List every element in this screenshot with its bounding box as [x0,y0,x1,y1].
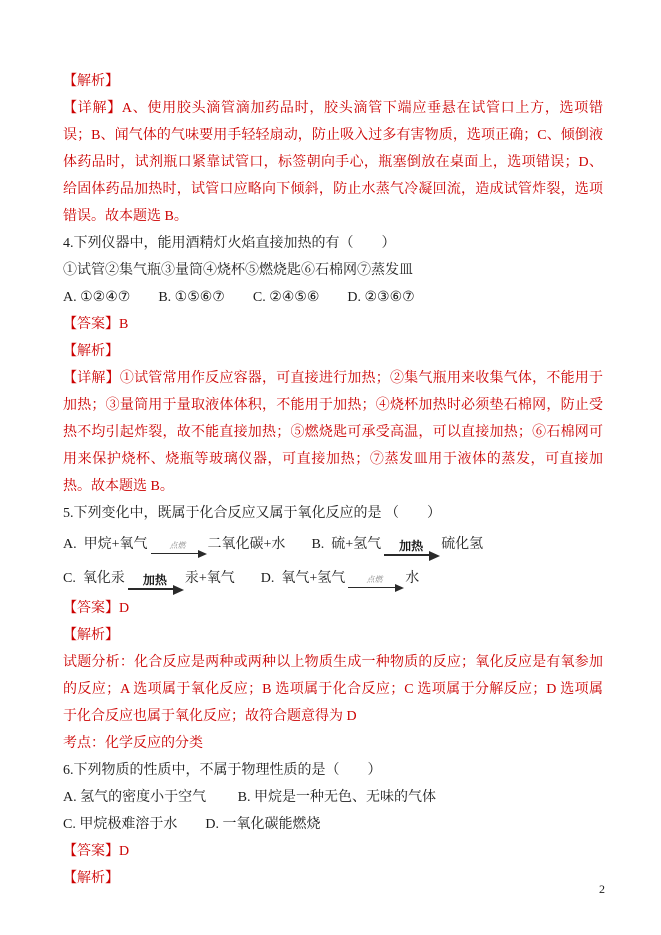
reactants: 硫+氢气 [331,531,381,558]
reaction-condition: 点燃 [366,576,384,584]
question-4-options: A. ①②④⑦ B. ①⑤⑥⑦ C. ②④⑤⑥ D. ②③⑥⑦ [63,284,603,311]
products: 汞+氧气 [185,565,235,592]
question-5-answer: 【答案】D [63,595,603,622]
page-number: 2 [599,882,605,897]
question-5-option-a: A. 甲烷+氧气 点燃 二氧化碳+水 [63,531,285,558]
prev-analysis-label: 【解析】 [63,68,603,95]
question-5-option-c: C. 氧化汞 加热 汞+氧气 [63,565,235,592]
option-label: D. [261,565,275,592]
question-5-focus-point: 考点：化学反应的分类 [63,730,603,757]
question-4-analysis-detail: 【详解】①试管常用作反应容器，可直接进行加热；②集气瓶用来收集气体，不能用于加热… [63,365,603,500]
products: 水 [405,565,419,592]
products: 二氧化碳+水 [208,531,286,558]
arrow-shaft [348,584,402,593]
question-5-option-b: B. 硫+氢气 加热 硫化氢 [311,531,483,558]
question-5-analysis-text: 试题分析：化合反应是两种或两种以上物质生成一种物质的反应；氧化反应是有氧参加的反… [63,649,603,730]
reaction-arrow: 点燃 [348,576,402,593]
reactants: 甲烷+氧气 [84,531,148,558]
arrow-shaft [128,586,182,595]
question-6-options-cd: C. 甲烷极难溶于水 D. 一氧化碳能燃烧 [63,811,603,838]
question-6-options-ab: A. 氢气的密度小于空气 B. 甲烷是一种无色、无味的气体 [63,784,603,811]
reaction-condition: 加热 [143,574,167,586]
question-5-option-d: D. 氧气+氢气 点燃 水 [261,565,420,592]
reaction-arrow: 加热 [384,540,438,561]
question-5-options-row-2: C. 氧化汞 加热 汞+氧气 D. 氧气+氢气 点燃 水 [63,561,603,595]
reactants: 氧化汞 [83,565,125,592]
question-4-analysis-label: 【解析】 [63,338,603,365]
question-5-options-row-1: A. 甲烷+氧气 点燃 二氧化碳+水 B. 硫+氢气 加热 硫化氢 [63,527,603,561]
question-6-stem: 6.下列物质的性质中，不属于物理性质的是（ ） [63,757,603,784]
reaction-condition: 点燃 [169,542,187,550]
prev-analysis-detail: 【详解】A、使用胶头滴管滴加药品时，胶头滴管下端应垂悬在试管口上方，选项错误；B… [63,95,603,230]
question-4-stem: 4.下列仪器中，能用酒精灯火焰直接加热的有（ ） [63,230,603,257]
reaction-arrow: 点燃 [151,542,205,559]
question-6-analysis-label: 【解析】 [63,865,603,892]
question-4-answer: 【答案】B [63,311,603,338]
question-6-answer: 【答案】D [63,838,603,865]
document-page: 【解析】 【详解】A、使用胶头滴管滴加药品时，胶头滴管下端应垂悬在试管口上方，选… [0,0,661,935]
reaction-condition: 加热 [399,540,423,552]
arrow-shaft [384,552,438,561]
arrow-shaft [151,550,205,559]
option-label: A. [63,531,77,558]
option-label: B. [311,531,324,558]
reactants: 氧气+氢气 [281,565,345,592]
document-content: 【解析】 【详解】A、使用胶头滴管滴加药品时，胶头滴管下端应垂悬在试管口上方，选… [0,0,661,892]
option-label: C. [63,565,76,592]
products: 硫化氢 [441,531,483,558]
question-5-stem: 5.下列变化中，既属于化合反应又属于氧化反应的是 （ ） [63,500,603,527]
reaction-arrow: 加热 [128,574,182,595]
question-5-analysis-label: 【解析】 [63,622,603,649]
question-4-instrument-list: ①试管②集气瓶③量筒④烧杯⑤燃烧匙⑥石棉网⑦蒸发皿 [63,257,603,284]
